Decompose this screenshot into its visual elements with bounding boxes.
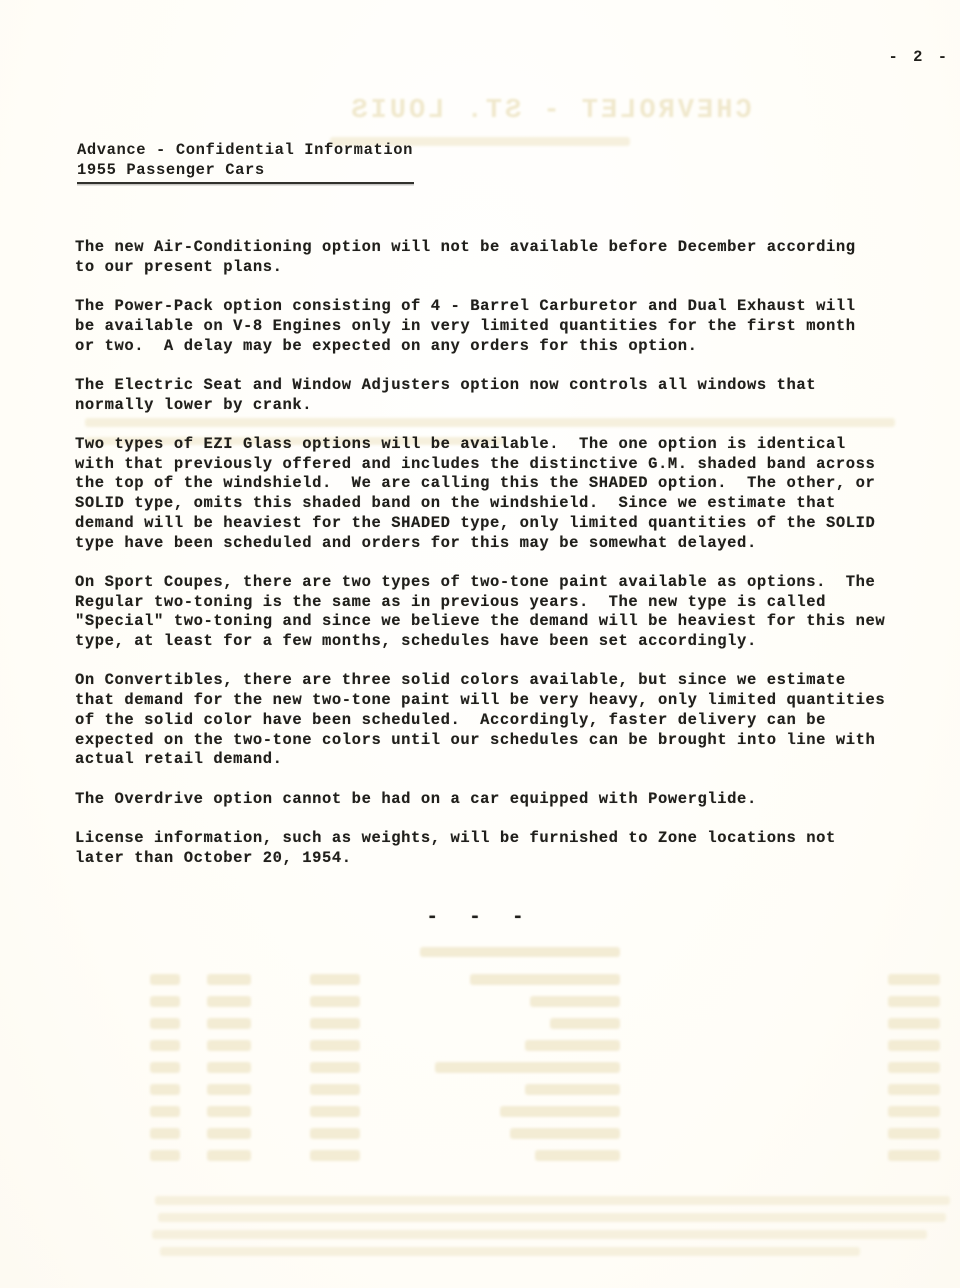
bleedthrough-stripe [530, 996, 620, 1007]
bleedthrough-stripe [510, 1128, 620, 1139]
bleedthrough-stripe [888, 1062, 940, 1073]
bleedthrough-stripe [435, 1062, 620, 1073]
bleedthrough-stripe [207, 974, 251, 985]
bleedthrough-stripe [888, 1040, 940, 1051]
paragraph-sport-coupes-two-tone: On Sport Coupes, there are two types of … [75, 573, 910, 652]
paragraph-air-conditioning: The new Air-Conditioning option will not… [75, 238, 910, 277]
paragraph-power-pack: The Power-Pack option consisting of 4 - … [75, 297, 910, 356]
bleedthrough-stripe [888, 1106, 940, 1117]
bleedthrough-stripe [150, 1106, 180, 1117]
document-body: The new Air-Conditioning option will not… [75, 238, 910, 888]
bleedthrough-stripe [500, 1106, 620, 1117]
page-number: - 2 - [888, 48, 950, 66]
bleedthrough-stripe [150, 1018, 180, 1029]
bleedthrough-stripe [207, 1018, 251, 1029]
bleedthrough-stripe [150, 1062, 180, 1073]
bleedthrough-stripe [888, 1150, 940, 1161]
bleedthrough-stripe [207, 1084, 251, 1095]
bleedthrough-stripe [310, 1128, 360, 1139]
document-header: Advance - Confidential Information 1955 … [77, 140, 414, 184]
bleedthrough-stripe [888, 1018, 940, 1029]
paragraph-electric-seat-window: The Electric Seat and Window Adjusters o… [75, 376, 910, 415]
bleedthrough-stripe [888, 1128, 940, 1139]
bleedthrough-stripe [150, 974, 180, 985]
bleedthrough-stripe [150, 1084, 180, 1095]
bleedthrough-stripe [158, 1213, 946, 1222]
bleedthrough-stripe [207, 1128, 251, 1139]
bleedthrough-stripe [160, 1247, 860, 1256]
bleedthrough-stripe [420, 947, 620, 957]
bleedthrough-stripe [155, 1196, 950, 1205]
bleedthrough-stripe [150, 1040, 180, 1051]
paragraph-overdrive: The Overdrive option cannot be had on a … [75, 790, 910, 810]
bleedthrough-stripe [470, 974, 620, 985]
bleedthrough-stripe [310, 1018, 360, 1029]
header-classification-line: Advance - Confidential Information [77, 140, 414, 160]
bleedthrough-stripe [888, 1084, 940, 1095]
bleedthrough-stripe [310, 1062, 360, 1073]
bleedthrough-stripe [888, 974, 940, 985]
scanned-document-page: CHEVROLET - ST. LOUIS - 2 - Advance - Co… [0, 0, 960, 1288]
bleedthrough-stripe [150, 1128, 180, 1139]
bleedthrough-stripe [535, 1150, 620, 1161]
bleedthrough-stripe [152, 1230, 927, 1239]
paragraph-convertibles-colors: On Convertibles, there are three solid c… [75, 671, 910, 770]
bleedthrough-stripe [207, 1150, 251, 1161]
bleedthrough-stripe [550, 1018, 620, 1029]
paragraph-license-information: License information, such as weights, wi… [75, 829, 910, 868]
bleedthrough-stripe [310, 1106, 360, 1117]
bleedthrough-stripe [310, 996, 360, 1007]
bleedthrough-stripe [525, 1040, 620, 1051]
bleedthrough-stripe [207, 1062, 251, 1073]
bleedthrough-stripe [207, 1106, 251, 1117]
bleedthrough-title-text: CHEVROLET - ST. LOUIS [300, 96, 800, 126]
bleedthrough-stripe [310, 1084, 360, 1095]
paragraph-ezi-glass: Two types of EZI Glass options will be a… [75, 435, 910, 553]
bleedthrough-stripe [207, 996, 251, 1007]
bleedthrough-stripe [525, 1084, 620, 1095]
bleedthrough-stripe [310, 974, 360, 985]
bleedthrough-stripe [150, 1150, 180, 1161]
bleedthrough-stripe [310, 1040, 360, 1051]
bleedthrough-stripe [888, 996, 940, 1007]
bleedthrough-stripe [310, 1150, 360, 1161]
bleedthrough-stripe [150, 996, 180, 1007]
bleedthrough-stripe [207, 1040, 251, 1051]
end-separator-dashes: - - - [0, 906, 960, 928]
header-subject-line-underlined: 1955 Passenger Cars [77, 160, 414, 184]
